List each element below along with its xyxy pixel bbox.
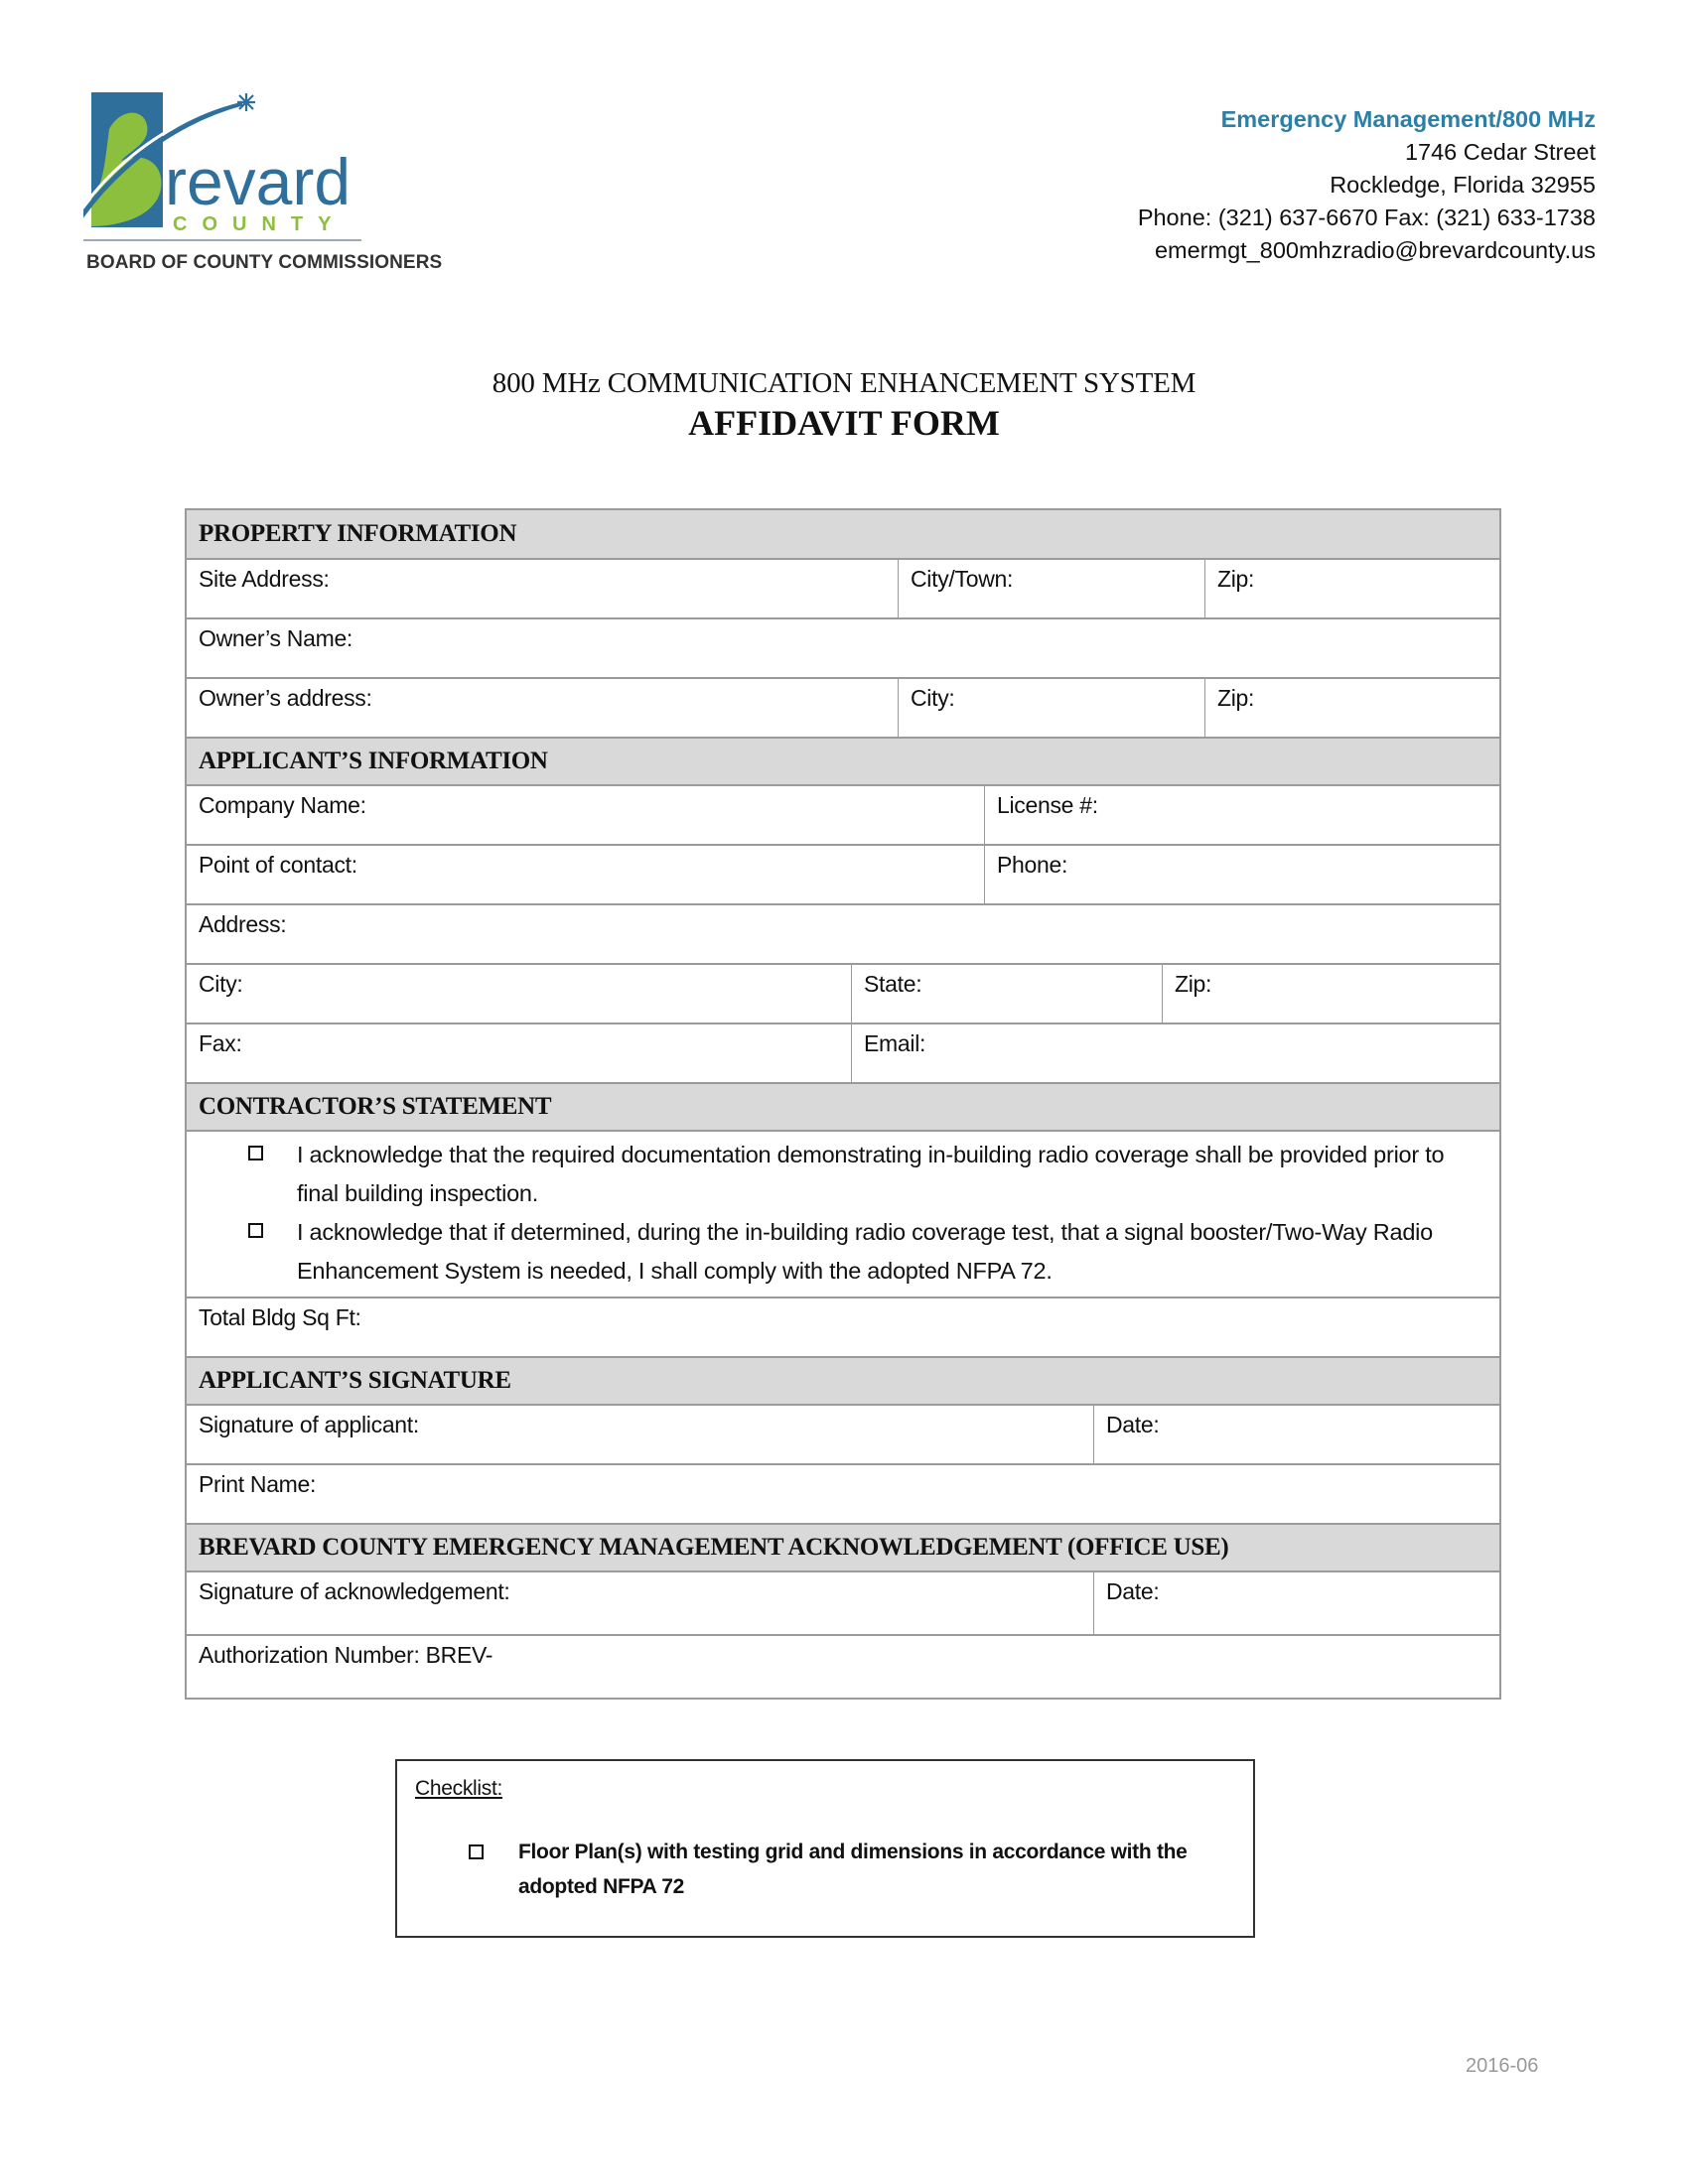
- field-property-zip[interactable]: Zip:: [1204, 560, 1499, 617]
- section-header-property: PROPERTY INFORMATION: [187, 510, 1499, 558]
- checkbox-icon[interactable]: [248, 1223, 263, 1238]
- checkbox-icon[interactable]: [469, 1844, 484, 1859]
- contact-block: Emergency Management/800 MHz 1746 Cedar …: [1138, 103, 1596, 267]
- field-city-town[interactable]: City/Town:: [898, 560, 1204, 617]
- field-total-bldg-sq-ft[interactable]: Total Bldg Sq Ft:: [187, 1298, 1499, 1356]
- field-owner-zip[interactable]: Zip:: [1204, 679, 1499, 737]
- checkbox-icon[interactable]: [248, 1146, 263, 1160]
- section-header-applicant: APPLICANT’S INFORMATION: [187, 737, 1499, 784]
- field-signature-of-acknowledgement[interactable]: Signature of acknowledgement:: [187, 1572, 1093, 1634]
- statement-item: I acknowledge that the required document…: [248, 1136, 1487, 1213]
- section-header-contractor: CONTRACTOR’S STATEMENT: [187, 1082, 1499, 1130]
- checklist-box: Checklist: Floor Plan(s) with testing gr…: [395, 1759, 1255, 1938]
- checklist-item: Floor Plan(s) with testing grid and dime…: [518, 1835, 1233, 1904]
- city-state-zip: Rockledge, Florida 32955: [1138, 169, 1596, 202]
- title-main: AFFIDAVIT FORM: [0, 401, 1688, 445]
- document-title: 800 MHz COMMUNICATION ENHANCEMENT SYSTEM…: [0, 365, 1688, 445]
- checklist-title: Checklist:: [415, 1777, 502, 1801]
- field-print-name[interactable]: Print Name:: [187, 1465, 1499, 1523]
- field-applicant-address[interactable]: Address:: [187, 905, 1499, 963]
- statement-text: I acknowledge that the required document…: [297, 1142, 1444, 1206]
- affidavit-form-table: PROPERTY INFORMATION Site Address: City/…: [185, 508, 1501, 1700]
- field-applicant-email[interactable]: Email:: [851, 1024, 1499, 1082]
- field-signature-of-applicant[interactable]: Signature of applicant:: [187, 1406, 1093, 1463]
- field-applicant-zip[interactable]: Zip:: [1162, 965, 1499, 1023]
- field-signature-date[interactable]: Date:: [1093, 1406, 1499, 1463]
- section-header-office-use: BREVARD COUNTY EMERGENCY MANAGEMENT ACKN…: [187, 1523, 1499, 1570]
- field-authorization-number[interactable]: Authorization Number: BREV-: [187, 1636, 1499, 1698]
- board-of-commissioners: BOARD OF COUNTY COMMISSIONERS: [86, 252, 442, 274]
- field-company-name[interactable]: Company Name:: [187, 786, 984, 844]
- contractor-statement: I acknowledge that the required document…: [187, 1132, 1499, 1297]
- svg-text:COUNTY: COUNTY: [173, 213, 346, 235]
- street-address: 1746 Cedar Street: [1138, 136, 1596, 169]
- field-owner-city[interactable]: City:: [898, 679, 1204, 737]
- contact-email[interactable]: emermgt_800mhzradio@brevardcounty.us: [1138, 234, 1596, 267]
- title-subtitle: 800 MHz COMMUNICATION ENHANCEMENT SYSTEM: [0, 365, 1688, 401]
- statement-item: I acknowledge that if determined, during…: [248, 1213, 1487, 1291]
- brevard-county-logo: revard COUNTY BOARD OF COUNTY COMMISSION…: [83, 89, 451, 278]
- statement-text: I acknowledge that if determined, during…: [297, 1219, 1433, 1284]
- section-header-signature: APPLICANT’S SIGNATURE: [187, 1356, 1499, 1404]
- brevard-b-star-icon: revard COUNTY: [83, 89, 451, 248]
- checklist-item-text: Floor Plan(s) with testing grid and dime…: [518, 1841, 1188, 1898]
- field-owners-name[interactable]: Owner’s Name:: [187, 619, 1499, 677]
- field-applicant-phone[interactable]: Phone:: [984, 846, 1499, 903]
- field-acknowledgement-date[interactable]: Date:: [1093, 1572, 1499, 1634]
- field-applicant-state[interactable]: State:: [851, 965, 1162, 1023]
- field-site-address[interactable]: Site Address:: [187, 560, 898, 617]
- svg-text:revard: revard: [165, 145, 351, 218]
- department-name: Emergency Management/800 MHz: [1138, 103, 1596, 136]
- field-license[interactable]: License #:: [984, 786, 1499, 844]
- revision-date: 2016-06: [1466, 2055, 1538, 2078]
- field-applicant-fax[interactable]: Fax:: [187, 1024, 851, 1082]
- field-owners-address[interactable]: Owner’s address:: [187, 679, 898, 737]
- field-point-of-contact[interactable]: Point of contact:: [187, 846, 984, 903]
- field-applicant-city[interactable]: City:: [187, 965, 851, 1023]
- phone-fax: Phone: (321) 637-6670 Fax: (321) 633-173…: [1138, 202, 1596, 234]
